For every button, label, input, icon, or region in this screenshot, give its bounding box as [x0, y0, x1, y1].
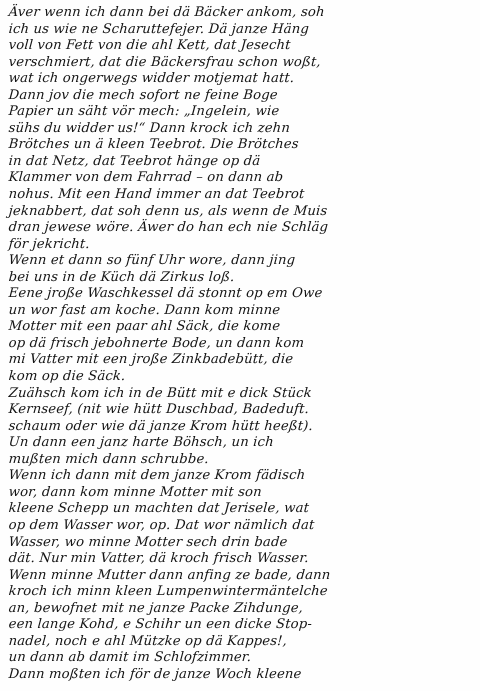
text-line: op dem Wasser wor, op. Dat wor nämlich d… — [8, 518, 477, 535]
text-line: Un dann een janz harte Böhsch, un ich — [8, 435, 477, 452]
text-line: in dat Netz, dat Teebrot hänge op dä — [8, 154, 477, 171]
text-line: Klammer von dem Fahrrad – on dann ab — [8, 170, 477, 187]
text-line: Wenn ich dann mit dem janze Krom fädisch — [8, 468, 477, 485]
text-line: sühs du widder us!“ Dann krock ich zehn — [8, 121, 477, 138]
text-line: een lange Kohd, e Schihr un een dicke St… — [8, 617, 477, 634]
text-line: Zuähsch kom ich in de Bütt mit e dick St… — [8, 386, 477, 403]
text-line: Wasser, wo minne Motter sech drin bade — [8, 535, 477, 552]
text-line: Brötches un ä kleen Teebrot. Die Brötche… — [8, 137, 477, 154]
text-line: nohus. Mit een Hand immer an dat Teebrot — [8, 187, 477, 204]
text-line: schaum oder wie dä janze Krom hütt heeßt… — [8, 419, 477, 436]
text-line: verschmiert, dat die Bäckersfrau schon w… — [8, 55, 477, 72]
text-line: wat ich ongerwegs widder motjemat hatt. — [8, 71, 477, 88]
text-line: kroch ich minn kleen Lumpenwintermäntelc… — [8, 584, 477, 601]
text-line: dät. Nur min Vatter, dä kroch frisch Was… — [8, 551, 477, 568]
text-line: wor, dann kom minne Motter mit son — [8, 485, 477, 502]
text-line: Papier un säht vör mech: „Ingelein, wie — [8, 104, 477, 121]
text-line: jeknabbert, dat soh denn us, als wenn de… — [8, 204, 477, 221]
text-line: an, bewofnet mit ne janze Packe Zihdunge… — [8, 601, 477, 618]
text-line: ich us wie ne Scharuttefejer. Dä janze H… — [8, 22, 477, 39]
text-line: un wor fast am koche. Dann kom minne — [8, 303, 477, 320]
text-line: Motter mit een paar ahl Säck, die kome — [8, 319, 477, 336]
handwritten-text-block: Äver wenn ich dann bei dä Bäcker ankom, … — [8, 5, 476, 683]
text-line: Eene jroße Waschkessel dä stonnt op em O… — [8, 286, 477, 303]
text-line: mi Vatter mit een jroße Zinkbadebütt, di… — [8, 352, 477, 369]
text-line: kleene Schepp un machten dat Jerisele, w… — [8, 501, 477, 518]
text-line: nadel, noch e ahl Mützke op dä Kappes!, — [8, 634, 477, 651]
text-line: Dann jov die mech sofort ne feine Boge — [8, 88, 477, 105]
text-line: kom op die Säck. — [8, 369, 477, 386]
text-line: dran jewese wöre. Äwer do han ech nie Sc… — [8, 220, 477, 237]
text-line: Dann moßten ich för de janze Woch kleene — [8, 667, 477, 684]
text-line: för jekricht. — [8, 237, 477, 254]
handwritten-page: Äver wenn ich dann bei dä Bäcker ankom, … — [0, 0, 480, 691]
text-line: bei uns in de Küch dä Zirkus loß. — [8, 270, 477, 287]
text-line: voll von Fett von die ahl Kett, dat Jese… — [8, 38, 477, 55]
text-line: Kernseef, (nit wie hütt Duschbad, Badedu… — [8, 402, 477, 419]
text-line: Wenn et dann so fünf Uhr wore, dann jing — [8, 253, 477, 270]
text-line: Wenn minne Mutter dann anfing ze bade, d… — [8, 568, 477, 585]
text-line: mußten mich dann schrubbe. — [8, 452, 477, 469]
text-line: Äver wenn ich dann bei dä Bäcker ankom, … — [8, 5, 477, 22]
text-line: un dann ab damit im Schlofzimmer. — [8, 650, 477, 667]
text-line: op dä frisch jebohnerte Bode, un dann ko… — [8, 336, 477, 353]
